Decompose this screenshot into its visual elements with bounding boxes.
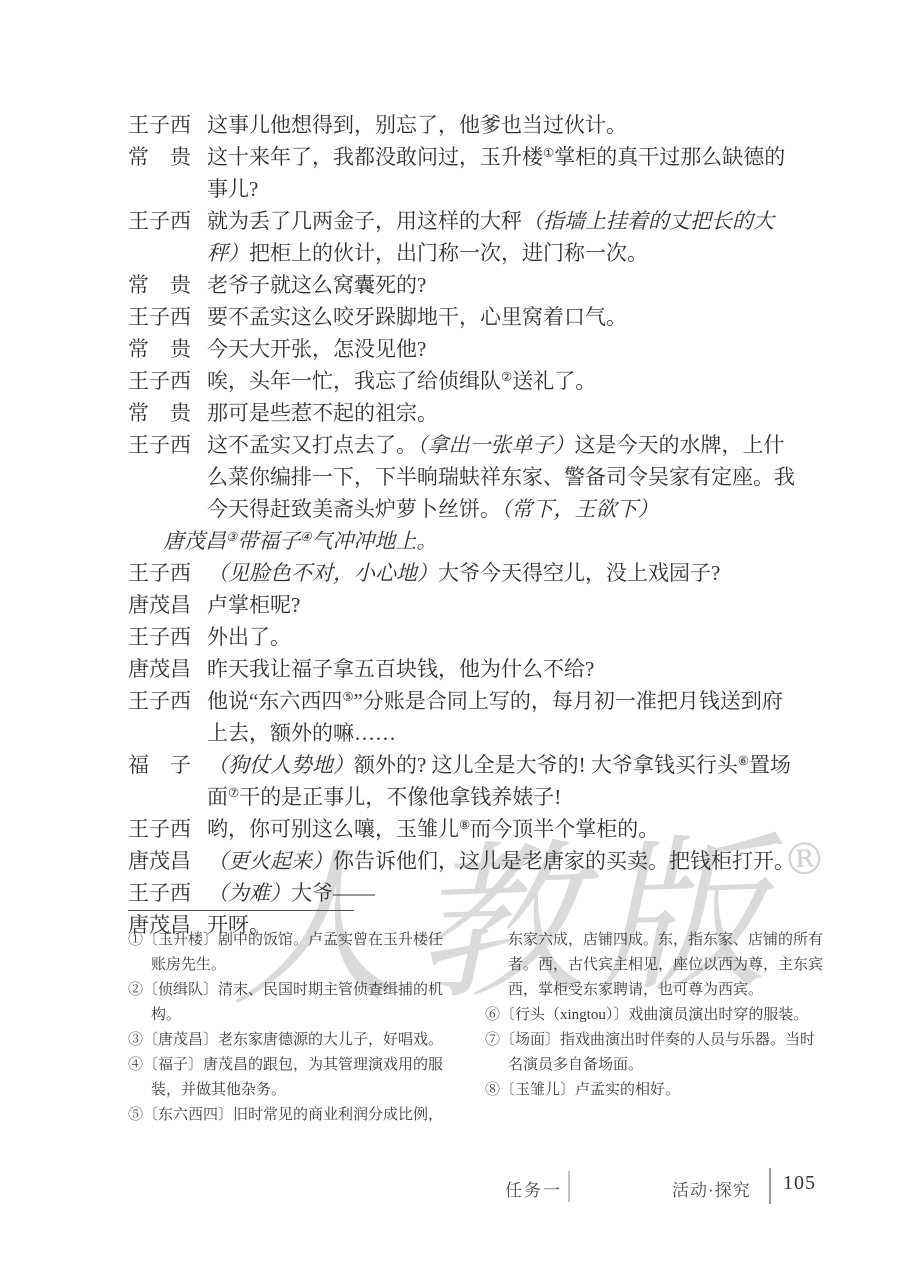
footnote-ref: ② bbox=[501, 370, 512, 384]
dialogue-text: （更火起来）你告诉他们，这儿是老唐家的买卖。把钱柜打开。 bbox=[207, 845, 800, 877]
dialogue-text: 这不孟实又打点去了。（拿出一张单子）这是今天的水牌，上什么菜你编排一下，下半晌瑞… bbox=[207, 429, 800, 525]
footer-section-label: 活动·探究 bbox=[672, 1176, 751, 1201]
dialogue-text: 这十来年了，我都没敢问过，玉升楼①掌柜的真干过那么缺德的事儿? bbox=[207, 141, 800, 205]
speaker-name: 王子西 bbox=[128, 205, 207, 269]
dialogue-row: 王子西外出了。 bbox=[128, 621, 800, 653]
footnote-item: ⑧〔玉雏儿〕卢孟实的相好。 bbox=[485, 1078, 825, 1103]
dialogue-row: 常 贵这十来年了，我都没敢问过，玉升楼①掌柜的真干过那么缺德的事儿? bbox=[128, 141, 800, 205]
footnotes: ①〔玉升楼〕剧中的饭馆。卢孟实曾在玉升楼任账房先生。②〔侦缉队〕清末、民国时期主… bbox=[128, 928, 828, 1128]
stage-direction: 唐茂昌③带福子④气冲冲地上。 bbox=[128, 525, 800, 557]
footnote-item: ⑦〔场面〕指戏曲演出时伴奏的人员与乐器。当时名演员多自备场面。 bbox=[485, 1028, 825, 1078]
footnote-item: ③〔唐茂昌〕老东家唐德源的大儿子，好唱戏。 bbox=[128, 1028, 456, 1053]
footnote-ref: ③ bbox=[226, 530, 237, 544]
footnote-ref: ⑦ bbox=[228, 786, 239, 800]
speaker-name: 王子西 bbox=[128, 813, 207, 845]
dialogue-row: 王子西（见脸色不对，小心地）大爷今天得空儿，没上戏园子? bbox=[128, 557, 800, 589]
dialogue-text: 外出了。 bbox=[207, 621, 800, 653]
dialogue-text: 今天大开张，怎没见他? bbox=[207, 333, 800, 365]
speaker-name: 王子西 bbox=[128, 557, 207, 589]
dialogue: 王子西这事儿他想得到，别忘了，他爹也当过伙计。常 贵这十来年了，我都没敢问过，玉… bbox=[128, 109, 800, 941]
speaker-name: 王子西 bbox=[128, 429, 207, 525]
footnote-item: ④〔福子〕唐茂昌的跟包，为其管理演戏用的服装，并做其他杂务。 bbox=[128, 1053, 456, 1103]
dialogue-row: 王子西他说“东六西四⑤”分账是合同上写的，每月初一准把月钱送到府上去，额外的嘛…… bbox=[128, 685, 800, 749]
dialogue-text: 这事儿他想得到，别忘了，他爹也当过伙计。 bbox=[207, 109, 800, 141]
dialogue-text: 哟，你可别这么嚷，玉雏儿⑧而今顶半个掌柜的。 bbox=[207, 813, 800, 845]
speaker-name: 王子西 bbox=[128, 621, 207, 653]
footnotes-left: ①〔玉升楼〕剧中的饭馆。卢孟实曾在玉升楼任账房先生。②〔侦缉队〕清末、民国时期主… bbox=[128, 928, 456, 1128]
textbook-page: 人教版® 王子西这事儿他想得到，别忘了，他爹也当过伙计。常 贵这十来年了，我都没… bbox=[0, 0, 904, 1264]
page-number: 105 bbox=[783, 1172, 816, 1195]
speaker-name: 王子西 bbox=[128, 301, 207, 333]
speaker-name: 常 贵 bbox=[128, 141, 207, 205]
speaker-name: 王子西 bbox=[128, 685, 207, 749]
speaker-name: 常 贵 bbox=[128, 333, 207, 365]
footnote-item: ①〔玉升楼〕剧中的饭馆。卢孟实曾在玉升楼任账房先生。 bbox=[128, 928, 456, 978]
dialogue-row: 福 子（狗仗人势地）额外的? 这儿全是大爷的! 大爷拿钱买行头⑥置场面⑦干的是正… bbox=[128, 749, 800, 813]
dialogue-row: 常 贵那可是些惹不起的祖宗。 bbox=[128, 397, 800, 429]
footnote-ref: ⑥ bbox=[738, 754, 749, 768]
speaker-name: 王子西 bbox=[128, 365, 207, 397]
dialogue-text: 老爷子就这么窝囊死的? bbox=[207, 269, 800, 301]
dialogue-text: （狗仗人势地）额外的? 这儿全是大爷的! 大爷拿钱买行头⑥置场面⑦干的是正事儿，… bbox=[207, 749, 800, 813]
dialogue-text: 昨天我让福子拿五百块钱，他为什么不给? bbox=[207, 653, 800, 685]
footnotes-right: 东家六成，店铺四成。东，指东家、店铺的所有者。西，古代宾主相见，座位以西为尊，主… bbox=[485, 928, 825, 1128]
footnote-item: ②〔侦缉队〕清末、民国时期主管侦查缉捕的机构。 bbox=[128, 978, 456, 1028]
dialogue-text: 那可是些惹不起的祖宗。 bbox=[207, 397, 800, 429]
speaker-name: 常 贵 bbox=[128, 269, 207, 301]
dialogue-text: （见脸色不对，小心地）大爷今天得空儿，没上戏园子? bbox=[207, 557, 800, 589]
speaker-name: 常 贵 bbox=[128, 397, 207, 429]
dialogue-row: 王子西这事儿他想得到，别忘了，他爹也当过伙计。 bbox=[128, 109, 800, 141]
dialogue-text: 就为丢了几两金子，用这样的大秤（指墙上挂着的丈把长的大秤）把柜上的伙计，出门称一… bbox=[207, 205, 800, 269]
footnote-ref: ④ bbox=[300, 530, 311, 544]
footer-divider bbox=[568, 1171, 570, 1202]
dialogue-row: 王子西这不孟实又打点去了。（拿出一张单子）这是今天的水牌，上什么菜你编排一下，下… bbox=[128, 429, 800, 525]
dialogue-row: 王子西唉，头年一忙，我忘了给侦缉队②送礼了。 bbox=[128, 365, 800, 397]
stage-text: 唐茂昌③带福子④气冲冲地上。 bbox=[163, 525, 756, 557]
speaker-name: 王子西 bbox=[128, 109, 207, 141]
footnote-item: 东家六成，店铺四成。东，指东家、店铺的所有者。西，古代宾主相见，座位以西为尊，主… bbox=[485, 928, 825, 1003]
dialogue-row: 王子西哟，你可别这么嚷，玉雏儿⑧而今顶半个掌柜的。 bbox=[128, 813, 800, 845]
footnote-ref: ⑤ bbox=[342, 690, 353, 704]
dialogue-row: 常 贵今天大开张，怎没见他? bbox=[128, 333, 800, 365]
speaker-name: 唐茂昌 bbox=[128, 845, 207, 877]
dialogue-row: 唐茂昌（更火起来）你告诉他们，这儿是老唐家的买卖。把钱柜打开。 bbox=[128, 845, 800, 877]
footnote-separator bbox=[128, 910, 354, 911]
speaker-name: 王子西 bbox=[128, 877, 207, 909]
dialogue-text: （为难）大爷—— bbox=[207, 877, 800, 909]
footer-task-label: 任务一 bbox=[505, 1176, 562, 1201]
footer-divider bbox=[769, 1168, 771, 1204]
dialogue-text: 唉，头年一忙，我忘了给侦缉队②送礼了。 bbox=[207, 365, 800, 397]
speaker-name: 唐茂昌 bbox=[128, 589, 207, 621]
dialogue-row: 王子西要不孟实这么咬牙跺脚地干，心里窝着口气。 bbox=[128, 301, 800, 333]
dialogue-row: 唐茂昌昨天我让福子拿五百块钱，他为什么不给? bbox=[128, 653, 800, 685]
footnote-item: ⑥〔行头（xingtou）〕戏曲演员演出时穿的服装。 bbox=[485, 1003, 825, 1028]
dialogue-row: 唐茂昌卢掌柜呢? bbox=[128, 589, 800, 621]
footnote-ref: ⑧ bbox=[459, 818, 470, 832]
footnote-item: ⑤〔东六西四〕旧时常见的商业利润分成比例， bbox=[128, 1103, 456, 1128]
speaker-name: 福 子 bbox=[128, 749, 207, 813]
footnote-ref: ① bbox=[543, 146, 554, 160]
dialogue-text: 卢掌柜呢? bbox=[207, 589, 800, 621]
dialogue-row: 王子西就为丢了几两金子，用这样的大秤（指墙上挂着的丈把长的大秤）把柜上的伙计，出… bbox=[128, 205, 800, 269]
speaker-name: 唐茂昌 bbox=[128, 653, 207, 685]
dialogue-row: 王子西（为难）大爷—— bbox=[128, 877, 800, 909]
dialogue-text: 要不孟实这么咬牙跺脚地干，心里窝着口气。 bbox=[207, 301, 800, 333]
dialogue-text: 他说“东六西四⑤”分账是合同上写的，每月初一准把月钱送到府上去，额外的嘛…… bbox=[207, 685, 800, 749]
dialogue-row: 常 贵老爷子就这么窝囊死的? bbox=[128, 269, 800, 301]
